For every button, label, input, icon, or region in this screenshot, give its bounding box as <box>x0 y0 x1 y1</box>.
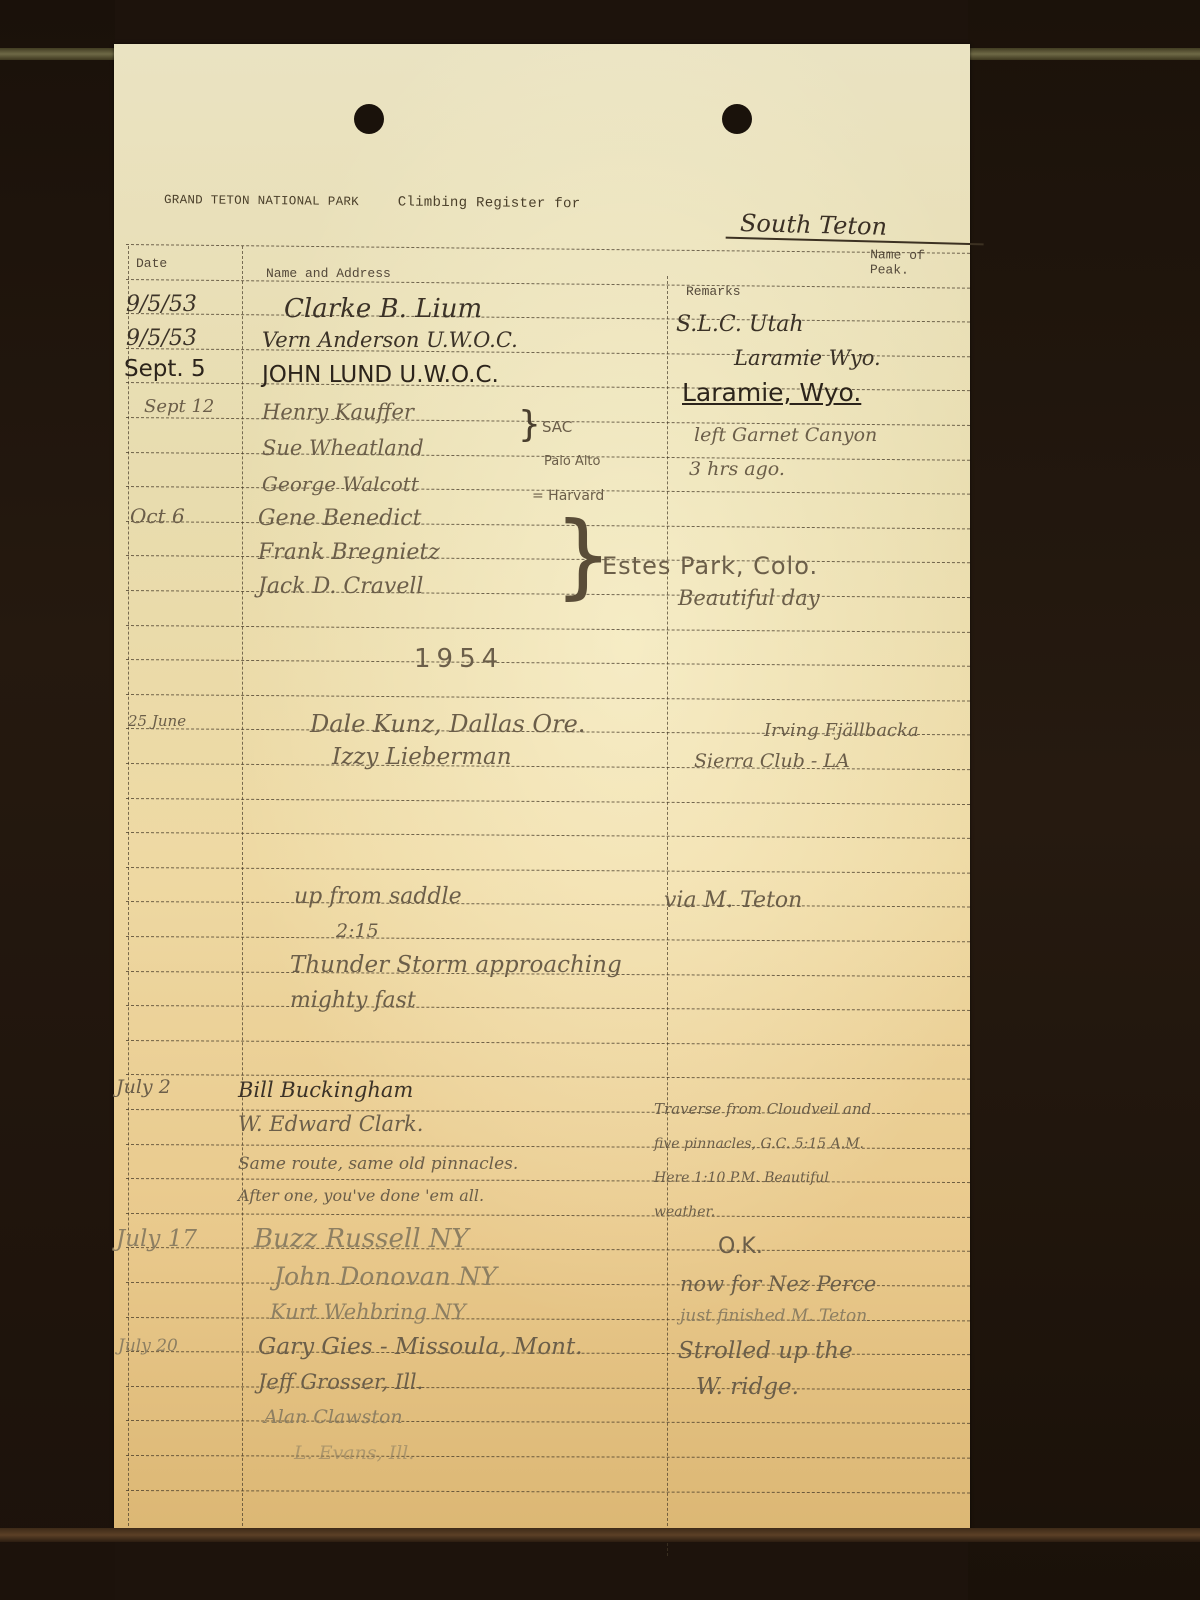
entry-name: W. Edward Clark. <box>238 1112 423 1136</box>
ruled-line <box>126 1386 970 1390</box>
ruled-line <box>126 1040 970 1046</box>
background-right <box>968 0 1200 1600</box>
ruled-line <box>126 625 970 633</box>
ruled-line <box>126 659 970 667</box>
entry-remarks: Irving Fjällbacka <box>764 720 919 741</box>
entry-date: July 20 <box>118 1336 178 1356</box>
entry-name: Alan Clawston <box>264 1406 403 1428</box>
column-header-date: Date <box>136 256 167 271</box>
ruled-line <box>126 1455 970 1459</box>
ruled-line <box>126 1247 970 1252</box>
entry-remarks: Laramie, Wyo. <box>682 378 861 407</box>
entry-name: Frank Bregnietz <box>258 540 440 565</box>
ruled-line <box>126 555 970 563</box>
ruled-line <box>126 1178 970 1183</box>
entry-date: Sept. 5 <box>124 356 206 382</box>
entry-name: Kurt Wehbring NY <box>270 1300 466 1324</box>
entry-date: Sept 12 <box>144 396 214 417</box>
ruled-line <box>126 590 970 598</box>
column-header-remarks: Remarks <box>686 284 741 299</box>
register-label: Climbing Register for <box>398 194 581 212</box>
entry-name: Sue Wheatland <box>262 436 424 460</box>
ruled-line <box>126 1420 970 1424</box>
entry-remarks: just finished M. Teton <box>680 1306 867 1326</box>
ruled-line <box>126 798 970 805</box>
register-sheet: GRAND TETON NATIONAL PARK Climbing Regis… <box>114 44 970 1530</box>
column-header-name: Name and Address <box>266 266 391 281</box>
entry-remarks: Here 1:10 P.M. Beautiful <box>654 1170 829 1186</box>
year-marker: 1954 <box>414 644 504 674</box>
ruled-line <box>126 1005 970 1011</box>
entry-affiliation: SAC <box>542 418 572 436</box>
ruled-line <box>126 279 970 289</box>
punch-hole-icon <box>722 104 752 134</box>
entry-name: Jack D. Cravell <box>258 574 423 599</box>
entry-name: Vern Anderson U.W.O.C. <box>262 328 518 352</box>
ruled-line <box>126 313 970 322</box>
note-remarks: via M. Teton <box>664 888 802 913</box>
entry-name: Gary Gies - Missoula, Mont. <box>258 1334 583 1360</box>
column-divider <box>667 276 668 1556</box>
peak-name: South Teton <box>726 209 985 246</box>
entry-name: Jeff Grosser, Ill. <box>258 1370 423 1394</box>
display-rail-bottom <box>0 1528 1200 1542</box>
note-time: 2:15 <box>336 920 379 942</box>
entry-remarks: five pinnacles, G.C. 5:15 A.M. <box>654 1136 864 1152</box>
entry-date: 25 June <box>128 712 186 730</box>
entry-remarks: Laramie Wyo. <box>734 346 881 370</box>
entry-name: Buzz Russell NY <box>254 1224 469 1254</box>
park-name: GRAND TETON NATIONAL PARK <box>164 193 359 209</box>
entry-remarks: Strolled up the <box>678 1338 853 1364</box>
entry-name: John Donovan NY <box>274 1262 497 1291</box>
entry-remarks: weather. <box>654 1204 715 1220</box>
entry-name: L. Evans, Ill. <box>294 1442 414 1464</box>
entry-name: Bill Buckingham <box>238 1078 413 1102</box>
entry-name: Dale Kunz, Dallas Ore. <box>310 710 585 738</box>
ruled-line <box>126 832 970 839</box>
entry-remarks: O.K. <box>718 1234 763 1259</box>
note-text: Thunder Storm approaching <box>290 952 622 978</box>
entry-name: George Walcott <box>262 472 419 496</box>
entry-note: Same route, same old pinnacles. <box>238 1154 518 1174</box>
entry-note: After one, you've done 'em all. <box>238 1186 484 1205</box>
entry-remarks: Estes Park, Colo. <box>602 552 818 580</box>
entry-name: Henry Kauffer <box>262 400 414 424</box>
entry-remarks: Sierra Club - LA <box>694 750 850 772</box>
ruled-line <box>126 867 970 874</box>
column-divider <box>242 246 243 1526</box>
ruled-line <box>126 521 970 529</box>
register-header: GRAND TETON NATIONAL PARK Climbing Regis… <box>164 192 581 212</box>
entry-remarks: S.L.C. Utah <box>676 312 804 337</box>
entry-affiliation: Palo Alto <box>544 454 600 469</box>
entry-name: Gene Benedict <box>258 506 421 531</box>
entry-remarks: W. ridge. <box>696 1374 799 1400</box>
ruled-line <box>126 244 970 254</box>
entry-name: JOHN LUND U.W.O.C. <box>262 362 499 388</box>
entry-remarks: now for Nez Perce <box>680 1272 876 1296</box>
entry-date: July 17 <box>116 1226 197 1252</box>
ruled-line <box>126 694 970 702</box>
entry-date: 9/5/53 <box>126 292 197 317</box>
ruled-line <box>126 901 970 907</box>
entry-remarks: Beautiful day <box>678 586 820 610</box>
note-text: up from saddle <box>294 884 462 909</box>
background-left <box>0 0 115 1600</box>
ruled-line <box>126 1213 970 1218</box>
ruled-line <box>126 936 970 942</box>
column-divider <box>128 246 129 1526</box>
entry-date: July 2 <box>116 1076 171 1098</box>
brace-icon: } <box>518 404 541 445</box>
punch-hole-icon <box>354 104 384 134</box>
entry-name: Izzy Lieberman <box>332 744 512 770</box>
entry-remarks: Traverse from Cloudveil and <box>654 1100 871 1118</box>
entry-date: Oct 6 <box>130 504 185 528</box>
entry-remarks: left Garnet Canyon <box>694 424 877 446</box>
entry-remarks: 3 hrs ago. <box>689 458 785 480</box>
entry-date: 9/5/53 <box>126 326 197 351</box>
ruled-line <box>126 1490 970 1493</box>
note-text: mighty fast <box>290 988 416 1013</box>
entry-name: Clarke B. Lium <box>284 294 482 324</box>
